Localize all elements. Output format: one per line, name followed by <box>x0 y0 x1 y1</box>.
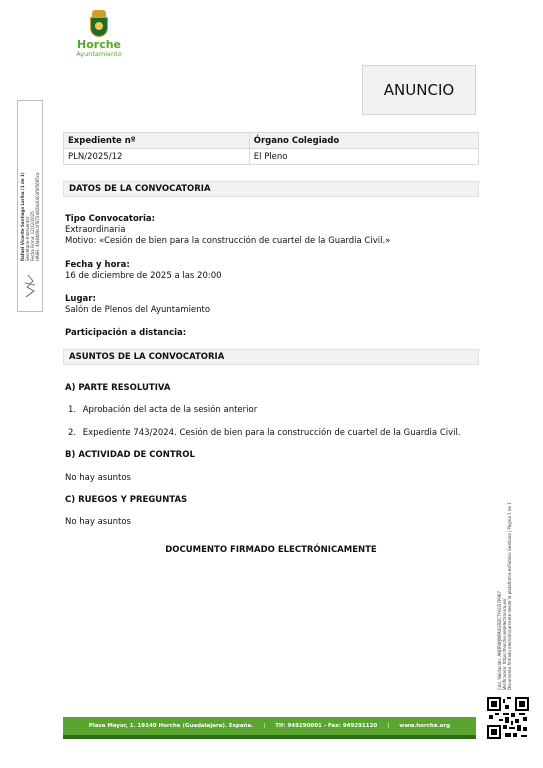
list-item: 2. Expediente 743/2024. Cesión de bien p… <box>68 428 461 438</box>
tipo-label: Tipo Convocatoria: <box>65 214 155 225</box>
motivo-text: Motivo: «Cesión de bien para la construc… <box>65 236 390 247</box>
logo-subtitle: Ayuntamiento <box>72 50 126 58</box>
signature-stamp-text: Rafael Vicente Santiago Lariba (1 de 1) … <box>20 141 40 261</box>
expediente-table: Expediente nº Órgano Colegiado PLN/2025/… <box>63 132 479 165</box>
logo-name: Horche <box>72 39 126 50</box>
item-number: 2. <box>68 428 80 438</box>
lugar-label: Lugar: <box>65 294 96 305</box>
footer-separator: | <box>387 723 389 729</box>
footer-separator: | <box>263 723 265 729</box>
ruegos-preguntas-title: C) RUEGOS Y PREGUNTAS <box>65 495 187 506</box>
item-text: Expediente 743/2024. Cesión de bien para… <box>83 428 461 438</box>
actividad-control-title: B) ACTIVIDAD DE CONTROL <box>65 450 195 461</box>
organo-value: El Pleno <box>249 149 478 165</box>
item-number: 1. <box>68 405 80 415</box>
signature-platform-note: Documento firmado electrónicamente desde… <box>507 502 512 690</box>
lugar-value: Salón de Plenos del Ayuntamiento <box>65 305 210 316</box>
section-header-asuntos: ASUNTOS DE LA CONVOCATORIA <box>63 349 479 365</box>
participacion-label: Participación a distancia: <box>65 328 186 339</box>
expediente-value: PLN/2025/12 <box>64 149 250 165</box>
municipality-logo: Horche Ayuntamiento <box>72 10 126 60</box>
page-footer: Plaza Mayor, 1. 19140 Horche (Guadalajar… <box>63 717 476 739</box>
footer-address: Plaza Mayor, 1. 19140 Horche (Guadalajar… <box>89 723 253 729</box>
parte-resolutiva-title: A) PARTE RESOLUTIVA <box>65 383 170 394</box>
column-header: Expediente nº <box>64 133 250 149</box>
table-header-row: Expediente nº Órgano Colegiado <box>64 133 479 149</box>
list-item: 1. Aprobación del acta de la sesión ante… <box>68 405 257 415</box>
section-header-convocatoria: DATOS DE LA CONVOCATORIA <box>63 181 479 197</box>
fecha-label: Fecha y hora: <box>65 260 130 271</box>
document-type-title: ANUNCIO <box>362 65 476 115</box>
fecha-value: 16 de diciembre de 2025 a las 20:00 <box>65 271 222 282</box>
signature-stamp: Rafael Vicente Santiago Lariba (1 de 1) … <box>17 100 43 312</box>
actividad-control-text: No hay asuntos <box>65 473 131 484</box>
sign-hash: HASH: 4fa8469c1f5f72d82bc6403f0f5695ca <box>35 141 40 261</box>
tipo-value: Extraordinaria <box>65 225 125 236</box>
signature-icon <box>23 269 37 299</box>
column-header: Órgano Colegiado <box>249 133 478 149</box>
signed-notice: DOCUMENTO FIRMADO ELECTRÓNICAMENTE <box>63 545 479 556</box>
validation-stamp-text: Cód. Validación: ANDRWJWFAUGRDCTY6G57P9K… <box>497 502 512 690</box>
validation-stamp: Cód. Validación: ANDRWJWFAUGRDCTY6G57P9K… <box>497 560 527 690</box>
item-text: Aprobación del acta de la sesión anterio… <box>83 405 258 415</box>
coat-of-arms-icon <box>87 10 111 38</box>
ruegos-preguntas-text: No hay asuntos <box>65 517 131 528</box>
footer-phone: Tlf: 949290001 - Fax: 949291120 <box>275 723 377 729</box>
footer-website-link[interactable]: www.horche.org <box>399 723 450 729</box>
table-row: PLN/2025/12 El Pleno <box>64 149 479 165</box>
qr-code-icon <box>487 697 529 739</box>
